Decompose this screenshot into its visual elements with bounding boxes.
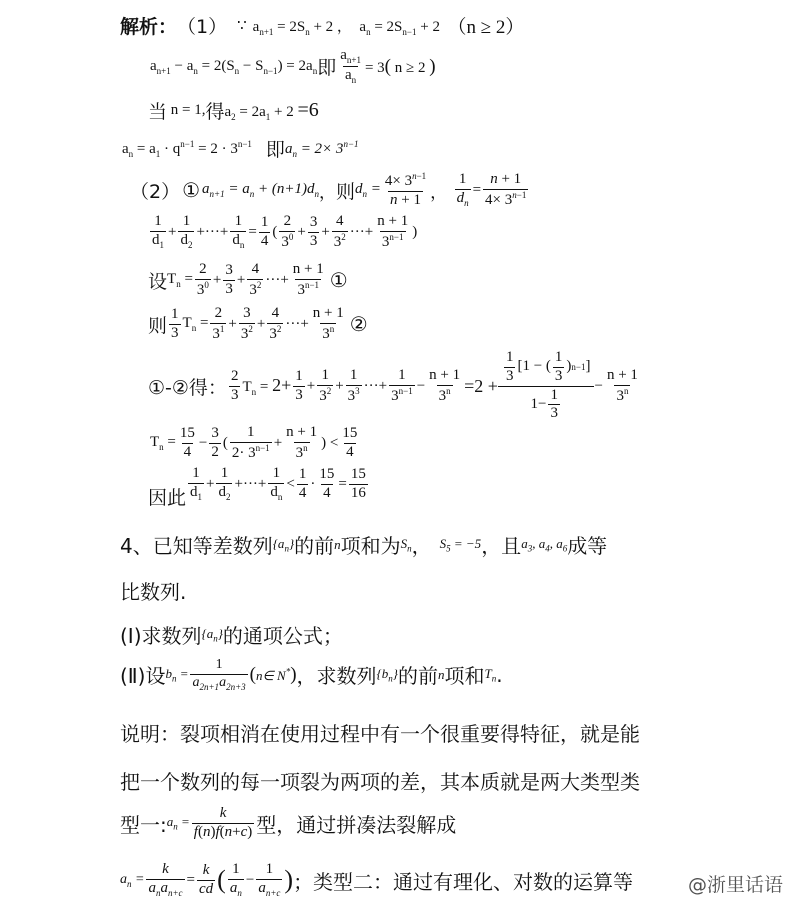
equation: an = a1 · qn−1 = 2 · 3n−1 bbox=[122, 139, 252, 159]
recip-dn-value: n + 14× 3n−1 bbox=[483, 172, 528, 209]
circle-two: ② bbox=[350, 312, 368, 336]
solution-line-4: an = a1 · qn−1 = 2 · 3n−1 即 an = 2× 3n−1 bbox=[122, 135, 359, 162]
solution-line-2: an+1 − an = 2(Sn − Sn−1) = 2an 即 an+1an … bbox=[150, 48, 436, 86]
circle-one: ① bbox=[182, 178, 200, 202]
solution-line-9: ①-②得： 23 Tn = 2+ 13+ 132+ 133···+ 13n−1−… bbox=[148, 350, 642, 422]
ji-label: 即 bbox=[266, 135, 285, 162]
geometric-sum-fraction: 13[1 − (13)n−1] 1−13 bbox=[500, 350, 593, 422]
recip-dn-fraction: 1dn bbox=[455, 172, 471, 208]
de-label: 得 bbox=[205, 97, 224, 124]
watermark: @浙里话语 bbox=[688, 870, 783, 897]
condition: （n ≥ 2） bbox=[447, 12, 524, 39]
part2-label: （2） bbox=[130, 177, 180, 204]
dn-fraction: 4× 3n−1n + 1 bbox=[383, 172, 428, 209]
therefore-label: 因此 bbox=[148, 483, 186, 510]
equation: dn = bbox=[355, 181, 381, 199]
solution-line-6: 1d1+ 1d2+···+ 1dn= 14( 230+ 33+ 432···+ … bbox=[148, 214, 417, 251]
solution-line-11: 因此 1d1+ 1d2+···+ 1dn< 14· 154= 1516 bbox=[148, 466, 370, 502]
equation: an+1 = an + (n+1)dn bbox=[202, 181, 319, 199]
set-label: 设 bbox=[148, 267, 167, 294]
type1-fraction: kf(n)f(n+c) bbox=[192, 806, 254, 841]
bn-fraction: 1a2n+1a2n+3 bbox=[190, 658, 247, 692]
circle-one: ① bbox=[330, 268, 348, 292]
solution-heading: 解析： bbox=[120, 12, 177, 39]
problem4-question-2: (Ⅱ)设 bn = 1a2n+1a2n+3 (n∈ N*) ，求数列 {bn} … bbox=[120, 658, 503, 692]
subtract-label: ①-②得： bbox=[148, 373, 227, 400]
problem4-question-1: (Ⅰ)求数列 {an} 的通项公式； bbox=[120, 620, 343, 649]
explanation-line-4: an = kanan+c = kcd ( 1an − 1an+c ) ；类型二：… bbox=[120, 862, 633, 898]
equation: an+1 = 2Sn + 2 ， an = 2Sn−1 + 2 bbox=[253, 15, 448, 37]
equation: = 3( n ≥ 2 ) bbox=[365, 56, 436, 78]
dang-label: 当 bbox=[148, 97, 167, 124]
ji-label: 即 bbox=[317, 53, 336, 80]
part1-label: （1） bbox=[177, 12, 227, 39]
problem4-line-1: 4、已知等差数列 {an} 的前 n 项和为 Sn ， S5 = −5 ，且 a… bbox=[120, 530, 607, 559]
solution-line-7: 设 Tn = 230+ 33+ 432···+ n + 13n−1 ① bbox=[148, 262, 350, 299]
solution-line-5: （2） ① an+1 = an + (n+1)dn ， 则 dn = 4× 3n… bbox=[130, 172, 530, 209]
solution-line-10: Tn = 154− 32( 12· 3n−1+ n + 13n) < 154 bbox=[150, 425, 361, 462]
explanation-line-3: 型一: an = kf(n)f(n+c) 型，通过拼凑法裂解成 bbox=[120, 806, 456, 841]
then-label: 则 bbox=[148, 311, 167, 338]
explanation-line-2: 把一个数列的每一项裂为两项的差，其本质就是两大类型类 bbox=[120, 766, 640, 795]
because-symbol: ∵ bbox=[237, 16, 247, 35]
solution-line-3: 当 n = 1, 得 a2 = 2a1 + 2 =6 bbox=[148, 97, 319, 124]
seq-an: {an} bbox=[273, 536, 294, 554]
ze-label: 则 bbox=[336, 177, 355, 204]
ratio-fraction: an+1an bbox=[338, 48, 363, 86]
solution-line-1: 解析： （1） ∵ an+1 = 2Sn + 2 ， an = 2Sn−1 + … bbox=[120, 12, 524, 39]
explanation-line-1: 说明：裂项相消在使用过程中有一个很重要得特征，就是能 bbox=[120, 718, 640, 747]
equation: an+1 − an = 2(Sn − Sn−1) = 2an bbox=[150, 58, 317, 76]
problem4-line-2: 比数列. bbox=[120, 576, 186, 605]
equation: n = 1, bbox=[167, 102, 205, 119]
equation: an = 2× 3n−1 bbox=[285, 139, 359, 159]
solution-line-8: 则 13 Tn = 231+ 332+ 432···+ n + 13n ② bbox=[148, 306, 370, 343]
equation: a2 = 2a1 + 2 =6 bbox=[225, 99, 319, 122]
